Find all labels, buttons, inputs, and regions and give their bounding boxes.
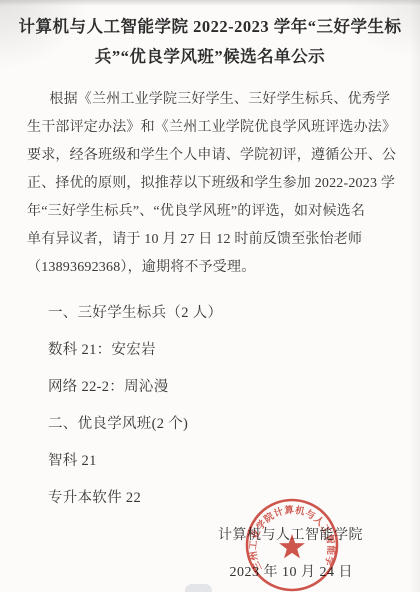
body-line: 正、择优的原则，拟推荐以下班级和学生参加 2022-2023 学 (27, 170, 397, 198)
body-line: 生干部评定办法》和《兰州工业学院优良学风班评选办法》 (27, 114, 397, 142)
body-line: 单有异议者，请于 10 月 27 日 12 时前反馈至张怡老师 (27, 226, 397, 254)
drag-handle[interactable] (185, 584, 212, 592)
issue-date: 2023 年 10 月 24 日 (230, 561, 354, 581)
document-body-paragraph: 根据《兰州工业学院三好学生、三好学生标兵、优秀学 生干部评定办法》和《兰州工业学… (27, 86, 397, 282)
body-line: 年“三好学生标兵”、“优良学风班”的评选，如对候选名 (27, 198, 397, 226)
list-item: 智科 21 (48, 447, 222, 475)
list-item: 网络 22-2：周沁漫 (48, 373, 222, 401)
document-title-line-1: 计算机与人工智能学院 2022-2023 学年“三好学生标 (10, 12, 410, 42)
document-title: 计算机与人工智能学院 2022-2023 学年“三好学生标 兵”“优良学风班”候… (10, 12, 410, 72)
body-line: 根据《兰州工业学院三好学生、三好学生标兵、优秀学 (27, 86, 397, 114)
notice-document-photo: 计算机与人工智能学院 2022-2023 学年“三好学生标 兵”“优良学风班”候… (0, 0, 420, 592)
candidate-list: 一、三好学生标兵（2 人） 数科 21：安宏岩 网络 22-2：周沁漫 二、优良… (48, 299, 222, 521)
body-line: （13893692368），逾期将不予受理。 (27, 254, 397, 282)
list-item: 专升本软件 22 (48, 484, 222, 512)
body-line: 要求，经各班级和学生个人申请、学院初评，遵循公开、公 (27, 142, 397, 170)
list-item: 数科 21：安宏岩 (48, 336, 222, 364)
photo-side-shadow (410, 0, 420, 592)
section-heading-sanhao: 一、三好学生标兵（2 人） (48, 299, 222, 327)
issuing-unit-signature: 计算机与人工智能学院 (218, 524, 363, 544)
document-title-line-2: 兵”“优良学风班”候选名单公示 (10, 42, 410, 72)
section-heading-youliang: 二、优良学风班(2 个) (48, 410, 222, 438)
